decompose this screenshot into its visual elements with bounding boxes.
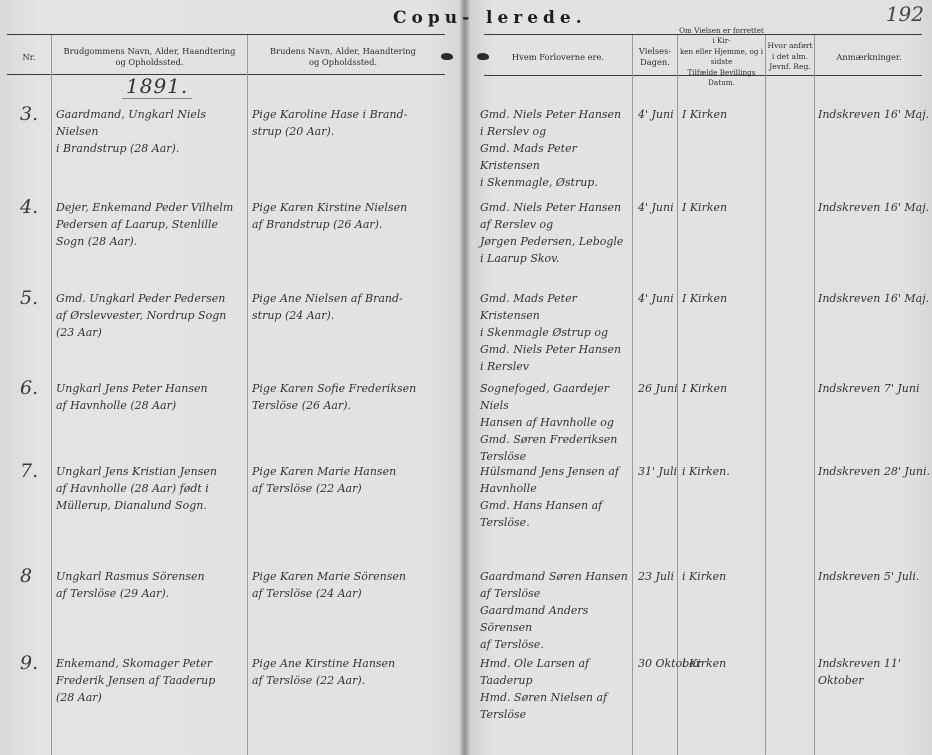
entry-witnesses: Gmd. Niels Peter Hansen af Rerslev og Jø… xyxy=(480,199,630,267)
column-divider xyxy=(247,35,248,755)
ink-blot xyxy=(441,53,453,60)
entry-date: 23 Juli xyxy=(638,568,678,585)
entry-bride: Pige Karen Kirstine Nielsen af Brandstru… xyxy=(252,199,442,233)
entry-groom: Dejer, Enkemand Peder Vilhelm Pedersen a… xyxy=(56,199,246,250)
entry-witnesses: Sognefoged, Gaardejer Niels Hansen af Ha… xyxy=(480,380,630,465)
entry-groom: Enkemand, Skomager Peter Frederik Jensen… xyxy=(56,655,246,706)
entry-nr: 7. xyxy=(20,461,50,481)
header-register: Hvor anført i det alm. Jevnf. Reg. xyxy=(766,38,814,76)
entry-witnesses: Gmd. Mads Peter Kristensen i Skenmagle Ø… xyxy=(480,290,630,375)
entry-witnesses: Gaardmand Søren Hansen af Terslöse Gaard… xyxy=(480,568,630,653)
header-remarks: Anmærkninger. xyxy=(815,38,923,76)
header-bride: Brudens Navn, Alder, Haandtering og Opho… xyxy=(248,38,438,76)
entry-groom: Gmd. Ungkarl Peder Pedersen af Ørslevves… xyxy=(56,290,246,341)
entry-witnesses: Hmd. Ole Larsen af Taaderup Hmd. Søren N… xyxy=(480,655,630,723)
header-where-performed: Om Vielsen er forrettet i Kir- ken eller… xyxy=(678,38,765,76)
register-title-right: lerede. xyxy=(486,8,587,28)
entry-nr: 5. xyxy=(20,288,50,308)
entry-nr: 4. xyxy=(20,197,50,217)
entry-groom: Ungkarl Jens Kristian Jensen af Havnholl… xyxy=(56,463,246,514)
entry-date: 4' Juni xyxy=(638,106,678,123)
entry-remarks: Indskreven 11' Oktober xyxy=(818,655,930,689)
column-divider xyxy=(51,35,52,755)
entry-bride: Pige Karoline Hase i Brand- strup (20 Aa… xyxy=(252,106,442,140)
entry-date: 30 Oktober xyxy=(638,655,678,672)
entry-remarks: Indskreven 16' Maj. xyxy=(818,199,930,216)
entry-remarks: Indskreven 16' Maj. xyxy=(818,290,930,307)
entry-nr: 6. xyxy=(20,378,50,398)
entry-nr: 9. xyxy=(20,653,50,673)
column-divider xyxy=(765,35,766,755)
entry-bride: Pige Karen Marie Sörensen af Terslöse (2… xyxy=(252,568,442,602)
entry-groom: Ungkarl Jens Peter Hansen af Havnholle (… xyxy=(56,380,246,414)
entry-place: i Kirken xyxy=(682,568,764,585)
entry-nr: 8 xyxy=(20,566,50,586)
entry-groom: Gaardmand, Ungkarl Niels Nielsen i Brand… xyxy=(56,106,246,157)
page-number: 192 xyxy=(886,2,924,26)
entry-nr: 3. xyxy=(20,104,50,124)
entry-bride: Pige Ane Nielsen af Brand- strup (24 Aar… xyxy=(252,290,442,324)
entry-groom: Ungkarl Rasmus Sörensen af Terslöse (29 … xyxy=(56,568,246,602)
header-nr: Nr. xyxy=(7,38,51,76)
entry-place: i Kirken xyxy=(682,655,764,672)
book-gutter xyxy=(460,0,470,755)
entry-place: I Kirken xyxy=(682,106,764,123)
entry-place: I Kirken xyxy=(682,290,764,307)
entry-remarks: Indskreven 28' Juni. xyxy=(818,463,930,480)
entry-remarks: Indskreven 16' Maj. xyxy=(818,106,930,123)
year-heading: 1891. xyxy=(122,74,192,99)
header-top-rule-left xyxy=(7,34,445,35)
entry-witnesses: Hülsmand Jens Jensen af Havnholle Gmd. H… xyxy=(480,463,630,531)
entry-remarks: Indskreven 5' Juli. xyxy=(818,568,930,585)
header-witnesses: Hvem Forloverne ere. xyxy=(484,38,632,76)
entry-date: 26 Juni xyxy=(638,380,678,397)
header-groom: Brudgommens Navn, Alder, Haandtering og … xyxy=(52,38,247,76)
header-wedding-day: Vielses- Dagen. xyxy=(633,38,677,76)
entry-place: I Kirken xyxy=(682,199,764,216)
entry-remarks: Indskreven 7' Juni xyxy=(818,380,930,397)
column-divider xyxy=(632,35,633,755)
entry-bride: Pige Karen Sofie Frederiksen Terslöse (2… xyxy=(252,380,442,414)
column-divider xyxy=(814,35,815,755)
entry-witnesses: Gmd. Niels Peter Hansen i Rerslev og Gmd… xyxy=(480,106,630,191)
register-title-left: Copu- xyxy=(393,8,474,28)
entry-date: 31' Juli xyxy=(638,463,678,480)
entry-place: I Kirken xyxy=(682,380,764,397)
entry-date: 4' Juni xyxy=(638,290,678,307)
entry-bride: Pige Ane Kirstine Hansen af Terslöse (22… xyxy=(252,655,442,689)
entry-date: 4' Juni xyxy=(638,199,678,216)
entry-bride: Pige Karen Marie Hansen af Terslöse (22 … xyxy=(252,463,442,497)
entry-place: i Kirken. xyxy=(682,463,764,480)
